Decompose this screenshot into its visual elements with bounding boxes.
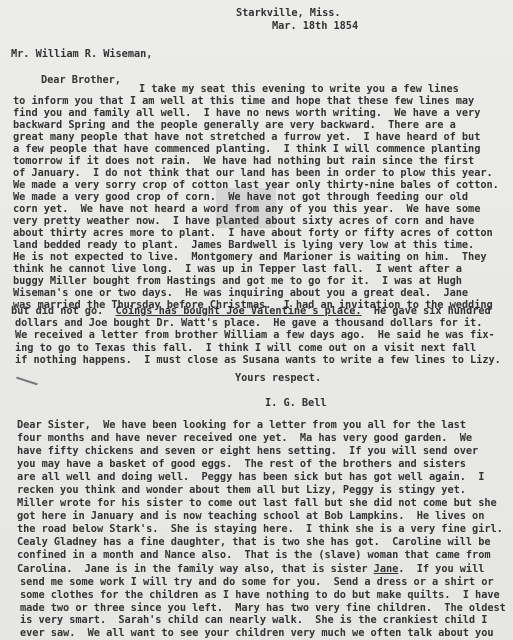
text-line: are all well and doing well. Peggy has b…	[17, 471, 484, 483]
text-line: We made a very sorry crop of cotton last…	[13, 179, 499, 191]
text-line: made two or three since you left. Mary h…	[20, 602, 506, 614]
text-line: confined in a month and Nance also. That…	[17, 549, 491, 561]
text-line: Miller wrote for his sister to come out …	[17, 497, 497, 509]
underline-line: but did not go. Coings has bought Joe Va…	[11, 305, 491, 317]
text-line: We received a letter from brother Willia…	[15, 329, 495, 341]
letter-page: Starkville, Miss. Mar. 18th 1854 Mr. Wil…	[0, 0, 513, 640]
letter-date: Mar. 18th 1854	[272, 20, 358, 32]
closing: Yours respect.	[235, 372, 321, 384]
text-line: great many people that have not stretche…	[13, 131, 480, 143]
text-line: ever saw. We all want to see your childr…	[20, 627, 494, 639]
letter-place: Starkville, Miss.	[236, 7, 341, 19]
text-line: find you and family all well. I have no …	[13, 107, 480, 119]
text-line: Wiseman's one or two days. He was inquir…	[13, 287, 468, 299]
text-line: to inform you that I am well at this tim…	[13, 95, 474, 107]
text-line: We made a very good crop of corn. We hav…	[13, 191, 468, 203]
text-line: of January. I do not think that our land…	[13, 167, 493, 179]
text-line: send me some work I will try and do some…	[20, 576, 494, 588]
underlined-jane: Jane	[374, 563, 399, 575]
text-line: I take my seat this evening to write you…	[139, 83, 459, 95]
underlined-text: Coings has bought Joe Valentine's place.	[116, 305, 362, 317]
salutation: Dear Brother,	[41, 74, 121, 86]
text-line: buggy Miller bought from Hastings and go…	[13, 275, 462, 287]
text-line: ing to go to Texas this fall. I think I …	[15, 342, 476, 354]
text-line: is very smart. Sarah's child can nearly …	[20, 614, 487, 626]
text-line: a few people that have commenced plantin…	[13, 143, 480, 155]
text-line: some clothes for the children as I have …	[20, 589, 500, 601]
addressee: Mr. William R. Wiseman,	[11, 48, 152, 60]
text-span: but did not go.	[11, 305, 116, 317]
text-line: you may have a basket of good eggs. The …	[17, 458, 466, 470]
text-line: recken you think and wonder about them a…	[17, 484, 466, 496]
text-line: think he cannot live long. I was up in T…	[13, 263, 462, 275]
text-line: land bedded ready to plant. James Bardwe…	[13, 239, 474, 251]
text-line: about thirty acres more to plant. I have…	[13, 227, 493, 239]
text-span: He gave six hundred	[362, 305, 491, 317]
text-line: very pretty weather now. I have planted …	[13, 215, 474, 227]
signature: I. G. Bell	[265, 397, 327, 409]
text-line: corn yet. We have not heard a word from …	[13, 203, 480, 215]
text-span: Carolina. Jane is in the family way also…	[17, 563, 374, 575]
text-line: if nothing happens. I must close as Susa…	[15, 354, 501, 366]
text-line: four months and have never received one …	[17, 432, 472, 444]
jane-line: Carolina. Jane is in the family way also…	[17, 563, 484, 575]
text-line: tomorrow if it does not rain. We have ha…	[13, 155, 474, 167]
text-line: dollars and Joe bought Dr. Watt's place.…	[15, 317, 482, 329]
text-span: . If you will	[398, 563, 484, 575]
text-line: Dear Sister, We have been looking for a …	[17, 419, 466, 431]
pen-stroke-mark	[16, 377, 37, 385]
text-line: backward Spring and the people generally…	[13, 119, 456, 131]
text-line: Cealy Gladney has a fine daughter, that …	[17, 536, 491, 548]
text-line: got here in January and is now teaching …	[17, 510, 484, 522]
text-line: He is not expected to live. Montgomery a…	[13, 251, 487, 263]
text-line: have fifty chickens and seven or eight h…	[17, 445, 478, 457]
text-line: the road below Stark's. She is staying h…	[17, 523, 503, 535]
